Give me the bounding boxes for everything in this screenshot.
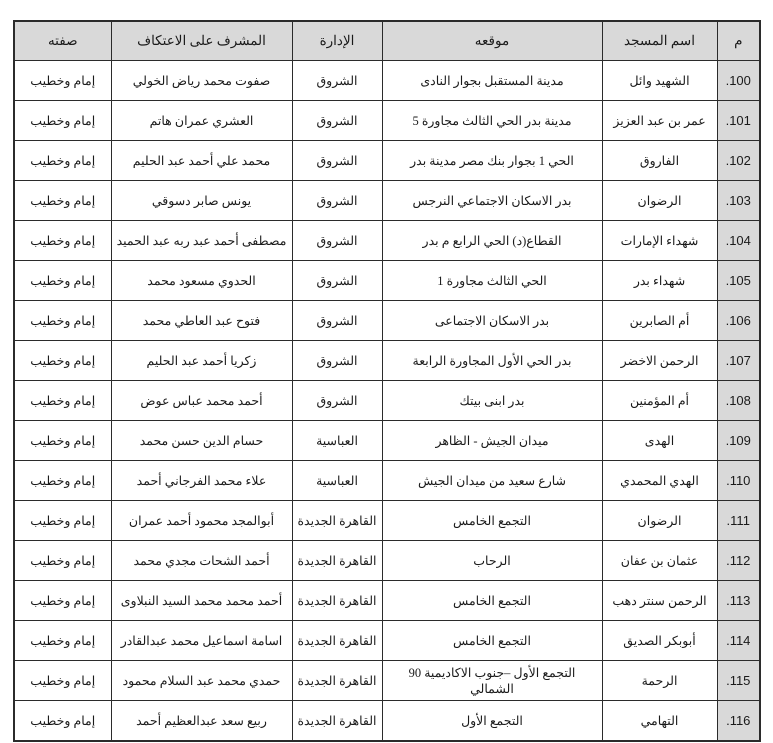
cell-supervisor: محمد علي أحمد عبد الحليم (111, 141, 292, 181)
cell-num: 110. (717, 461, 760, 501)
cell-admin: العباسية (292, 421, 382, 461)
cell-num: 100. (717, 61, 760, 101)
cell-location: التجمع الخامس (382, 621, 602, 661)
cell-title: إمام وخطيب (14, 341, 111, 381)
cell-title: إمام وخطيب (14, 181, 111, 221)
cell-location: التجمع الأول –جنوب الاكاديمية 90 الشمالي (382, 661, 602, 701)
cell-supervisor: يونس صابر دسوقي (111, 181, 292, 221)
header-number: م (717, 21, 760, 61)
cell-supervisor: الحدوي مسعود محمد (111, 261, 292, 301)
cell-location: التجمع الخامس (382, 501, 602, 541)
cell-admin: الشروق (292, 381, 382, 421)
cell-mosque: عمر بن عبد العزيز (602, 101, 717, 141)
cell-supervisor: حمدي محمد عبد السلام محمود (111, 661, 292, 701)
cell-title: إمام وخطيب (14, 421, 111, 461)
cell-supervisor: اسامة اسماعيل محمد عبدالقادر (111, 621, 292, 661)
cell-num: 114. (717, 621, 760, 661)
cell-title: إمام وخطيب (14, 661, 111, 701)
table-row: 104.شهداء الإماراتالقطاع(د) الحي الرابع … (14, 221, 760, 261)
cell-admin: القاهرة الجديدة (292, 581, 382, 621)
table-row: 101.عمر بن عبد العزيزمدينة بدر الحي الثا… (14, 101, 760, 141)
cell-mosque: الرضوان (602, 501, 717, 541)
cell-mosque: شهداء بدر (602, 261, 717, 301)
table-row: 100.الشهيد وائلمدينة المستقبل بجوار النا… (14, 61, 760, 101)
cell-num: 112. (717, 541, 760, 581)
table-row: 103.الرضوانبدر الاسكان الاجتماعي النرجسا… (14, 181, 760, 221)
header-admin: الإدارة (292, 21, 382, 61)
table-row: 114.أبوبكر الصديقالتجمع الخامسالقاهرة ال… (14, 621, 760, 661)
cell-location: ميدان الجيش - الظاهر (382, 421, 602, 461)
cell-location: التجمع الخامس (382, 581, 602, 621)
cell-num: 106. (717, 301, 760, 341)
cell-title: إمام وخطيب (14, 381, 111, 421)
table-row: 102.الفاروقالحي 1 بجوار بنك مصر مدينة بد… (14, 141, 760, 181)
cell-title: إمام وخطيب (14, 221, 111, 261)
cell-mosque: الرحمة (602, 661, 717, 701)
cell-location: الحي 1 بجوار بنك مصر مدينة بدر (382, 141, 602, 181)
header-supervisor: المشرف على الاعتكاف (111, 21, 292, 61)
cell-title: إمام وخطيب (14, 61, 111, 101)
cell-location: الرحاب (382, 541, 602, 581)
cell-admin: القاهرة الجديدة (292, 501, 382, 541)
cell-admin: العباسية (292, 461, 382, 501)
cell-title: إمام وخطيب (14, 541, 111, 581)
table-body: 100.الشهيد وائلمدينة المستقبل بجوار النا… (14, 61, 760, 742)
cell-supervisor: فتوح عبد العاطي محمد (111, 301, 292, 341)
cell-mosque: الرضوان (602, 181, 717, 221)
header-title: صفته (14, 21, 111, 61)
cell-mosque: الهدي المحمدي (602, 461, 717, 501)
cell-admin: القاهرة الجديدة (292, 701, 382, 742)
cell-mosque: الرحمن الاخضر (602, 341, 717, 381)
cell-admin: الشروق (292, 221, 382, 261)
table-row: 110.الهدي المحمديشارع سعيد من ميدان الجي… (14, 461, 760, 501)
table-row: 109.الهدىميدان الجيش - الظاهرالعباسيةحسا… (14, 421, 760, 461)
cell-admin: القاهرة الجديدة (292, 661, 382, 701)
cell-mosque: الشهيد وائل (602, 61, 717, 101)
cell-mosque: أم الصابرين (602, 301, 717, 341)
cell-admin: الشروق (292, 181, 382, 221)
cell-num: 103. (717, 181, 760, 221)
cell-mosque: الفاروق (602, 141, 717, 181)
document-page: م اسم المسجد موقعه الإدارة المشرف على ال… (0, 0, 773, 743)
cell-admin: الشروق (292, 341, 382, 381)
cell-supervisor: علاء محمد الفرجاني أحمد (111, 461, 292, 501)
cell-supervisor: صفوت محمد رياض الخولي (111, 61, 292, 101)
cell-mosque: شهداء الإمارات (602, 221, 717, 261)
cell-title: إمام وخطيب (14, 141, 111, 181)
table-row: 107.الرحمن الاخضربدر الحي الأول المجاورة… (14, 341, 760, 381)
cell-title: إمام وخطيب (14, 501, 111, 541)
table-row: 106.أم الصابرينبدر الاسكان الاجتماعىالشر… (14, 301, 760, 341)
table-row: 105.شهداء بدرالحي الثالث مجاورة 1الشروقا… (14, 261, 760, 301)
cell-location: الحي الثالث مجاورة 1 (382, 261, 602, 301)
table-row: 108.أم المؤمنينبدر ابنى بيتكالشروقأحمد م… (14, 381, 760, 421)
cell-admin: الشروق (292, 101, 382, 141)
cell-title: إمام وخطيب (14, 581, 111, 621)
cell-mosque: أبوبكر الصديق (602, 621, 717, 661)
cell-title: إمام وخطيب (14, 701, 111, 742)
cell-location: مدينة بدر الحي الثالث مجاورة 5 (382, 101, 602, 141)
cell-title: إمام وخطيب (14, 101, 111, 141)
cell-location: شارع سعيد من ميدان الجيش (382, 461, 602, 501)
cell-supervisor: أحمد محمد عباس عوض (111, 381, 292, 421)
cell-admin: الشروق (292, 261, 382, 301)
cell-num: 101. (717, 101, 760, 141)
cell-location: التجمع الأول (382, 701, 602, 742)
table-header-row: م اسم المسجد موقعه الإدارة المشرف على ال… (14, 21, 760, 61)
cell-supervisor: حسام الدين حسن محمد (111, 421, 292, 461)
cell-title: إمام وخطيب (14, 621, 111, 661)
table-row: 116.التهاميالتجمع الأولالقاهرة الجديدةرب… (14, 701, 760, 742)
cell-admin: القاهرة الجديدة (292, 541, 382, 581)
table-row: 112.عثمان بن عفانالرحابالقاهرة الجديدةأح… (14, 541, 760, 581)
cell-num: 111. (717, 501, 760, 541)
cell-admin: القاهرة الجديدة (292, 621, 382, 661)
cell-supervisor: أحمد محمد محمد السيد النبلاوى (111, 581, 292, 621)
cell-num: 116. (717, 701, 760, 742)
cell-admin: الشروق (292, 141, 382, 181)
cell-mosque: الهدى (602, 421, 717, 461)
cell-location: بدر الحي الأول المجاورة الرابعة (382, 341, 602, 381)
cell-location: مدينة المستقبل بجوار النادى (382, 61, 602, 101)
cell-num: 108. (717, 381, 760, 421)
cell-supervisor: أحمد الشحات مجدي محمد (111, 541, 292, 581)
cell-mosque: التهامي (602, 701, 717, 742)
cell-admin: الشروق (292, 301, 382, 341)
cell-title: إمام وخطيب (14, 261, 111, 301)
cell-supervisor: زكريا أحمد عبد الحليم (111, 341, 292, 381)
cell-location: بدر الاسكان الاجتماعي النرجس (382, 181, 602, 221)
cell-num: 102. (717, 141, 760, 181)
cell-num: 115. (717, 661, 760, 701)
table-row: 111.الرضوانالتجمع الخامسالقاهرة الجديدةأ… (14, 501, 760, 541)
cell-supervisor: ربيع سعد عبدالعظيم أحمد (111, 701, 292, 742)
cell-title: إمام وخطيب (14, 301, 111, 341)
cell-mosque: الرحمن سنتر دهب (602, 581, 717, 621)
cell-location: القطاع(د) الحي الرابع م بدر (382, 221, 602, 261)
cell-supervisor: العشري عمران هاتم (111, 101, 292, 141)
mosques-table: م اسم المسجد موقعه الإدارة المشرف على ال… (13, 20, 761, 742)
cell-num: 109. (717, 421, 760, 461)
cell-location: بدر الاسكان الاجتماعى (382, 301, 602, 341)
cell-title: إمام وخطيب (14, 461, 111, 501)
cell-supervisor: مصطفى أحمد عبد ربه عبد الحميد (111, 221, 292, 261)
cell-supervisor: أبوالمجد محمود أحمد عمران (111, 501, 292, 541)
cell-mosque: عثمان بن عفان (602, 541, 717, 581)
header-location: موقعه (382, 21, 602, 61)
cell-num: 104. (717, 221, 760, 261)
table-row: 113.الرحمن سنتر دهبالتجمع الخامسالقاهرة … (14, 581, 760, 621)
cell-num: 105. (717, 261, 760, 301)
cell-mosque: أم المؤمنين (602, 381, 717, 421)
table-row: 115.الرحمةالتجمع الأول –جنوب الاكاديمية … (14, 661, 760, 701)
cell-admin: الشروق (292, 61, 382, 101)
cell-num: 107. (717, 341, 760, 381)
cell-location: بدر ابنى بيتك (382, 381, 602, 421)
header-mosque: اسم المسجد (602, 21, 717, 61)
cell-num: 113. (717, 581, 760, 621)
